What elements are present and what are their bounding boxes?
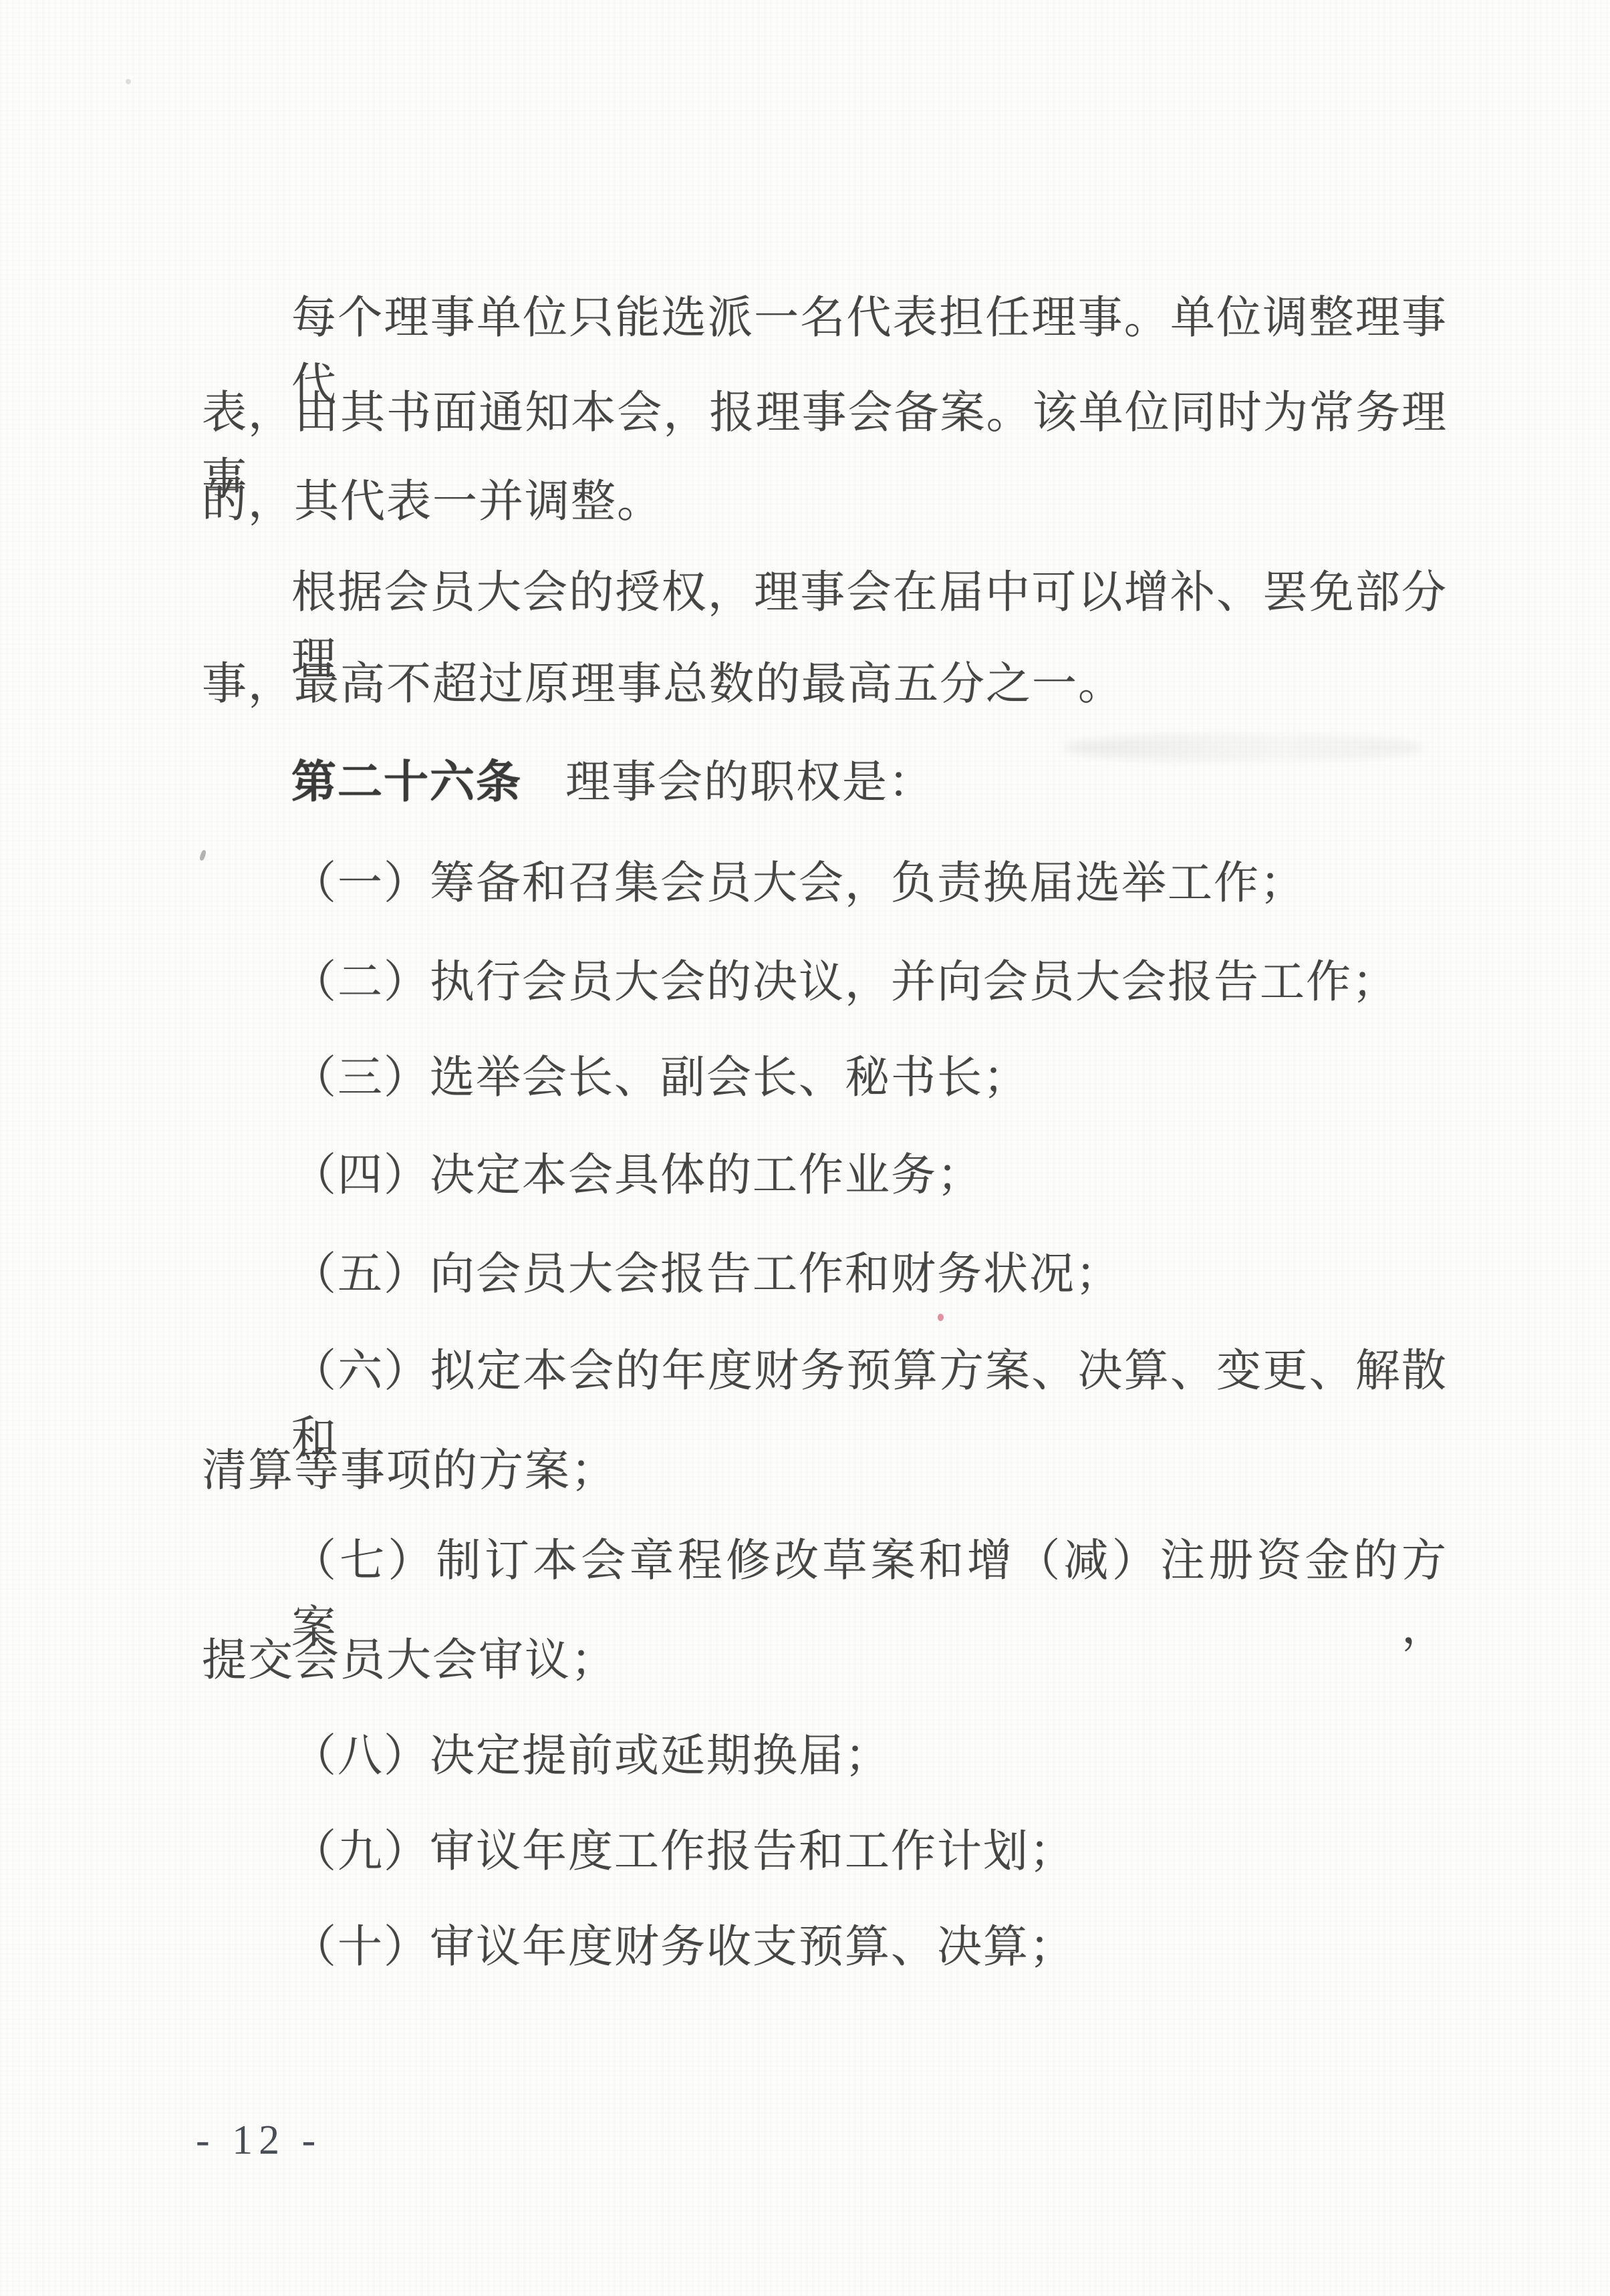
item-2-line: （二）执行会员大会的决议，并向会员大会报告工作； <box>291 945 1398 1012</box>
item-9-line: （九）审议年度工作报告和工作计划； <box>291 1814 1075 1881</box>
item-7-line1: （七）制订本会章程修改草案和增（减）注册资金的方案， <box>291 1528 1448 1594</box>
item-4-line: （四）决定本会具体的工作业务； <box>291 1138 983 1205</box>
article-26-heading: 第二十六条 理事会的职权是： <box>291 745 934 812</box>
page-number: - 12 - <box>196 2117 321 2164</box>
item-5-line: （五）向会员大会报告工作和财务状况； <box>291 1237 1121 1304</box>
article-title: 理事会的职权是： <box>565 746 934 811</box>
item-7-line2: 提交会员大会审议； <box>202 1623 617 1690</box>
para1-line1: 每个理事单位只能选派一名代表担任理事。单位调整理事代 <box>291 285 1448 351</box>
item-3-line: （三）选举会长、副会长、秘书长； <box>291 1040 1029 1107</box>
para2-line1: 根据会员大会的授权，理事会在届中可以增补、罢免部分理 <box>291 559 1448 626</box>
item-1-line: （一）筹备和召集会员大会，负责换届选举工作； <box>291 846 1306 913</box>
para1-line3: 的，其代表一并调整。 <box>202 464 663 531</box>
scan-speck-gray <box>199 849 207 861</box>
scan-smudge <box>1063 734 1424 762</box>
article-number: 第二十六条 <box>291 746 522 811</box>
scanned-document-page: 每个理事单位只能选派一名代表担任理事。单位调整理事代 表，由其书面通知本会，报理… <box>0 0 1610 2296</box>
item-6-line2: 清算等事项的方案； <box>202 1433 617 1500</box>
item-8-line: （八）决定提前或延期换届； <box>291 1719 891 1785</box>
para2-line2: 事，最高不超过原理事总数的最高五分之一。 <box>202 647 1124 714</box>
para1-line2: 表，由其书面通知本会，报理事会备案。该单位同时为常务理事 <box>202 380 1448 446</box>
scan-speck-gray <box>126 79 131 84</box>
item-10-line: （十）审议年度财务收支预算、决算； <box>291 1910 1075 1977</box>
scan-speck-pink <box>938 1314 944 1321</box>
item-6-line1: （六）拟定本会的年度财务预算方案、决算、变更、解散和 <box>291 1338 1448 1405</box>
